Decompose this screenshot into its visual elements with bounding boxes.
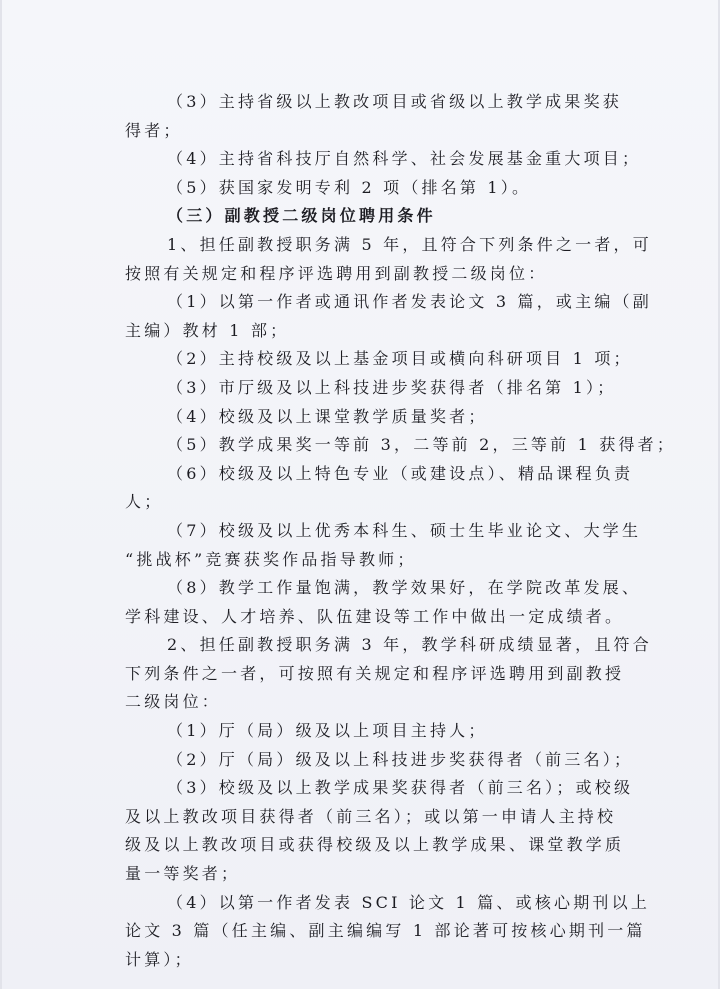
text-line: “挑战杯”竞赛获奖作品指导教师；	[125, 546, 611, 575]
text-line: 下列条件之一者，可按照有关规定和程序评选聘用到副教授	[125, 660, 611, 689]
text-line: 2、担任副教授职务满 3 年，教学科研成绩显著，且符合	[125, 631, 611, 660]
scanned-page: （3）主持省级以上教改项目或省级以上教学成果奖获 得者； （4）主持省科技厅自然…	[0, 0, 720, 989]
text-line: 主编）教材 1 部；	[125, 317, 611, 346]
text-line: （4）以第一作者发表 SCI 论文 1 篇、或核心期刊以上	[125, 889, 611, 918]
text-line: （2）厅（局）级及以上科技进步奖获得者（前三名）；	[125, 746, 611, 775]
document-body: （3）主持省级以上教改项目或省级以上教学成果奖获 得者； （4）主持省科技厅自然…	[125, 88, 611, 974]
text-line: 1、担任副教授职务满 5 年，且符合下列条件之一者，可	[125, 231, 611, 260]
text-line: （1）厅（局）级及以上项目主持人；	[125, 717, 611, 746]
text-line: （3）市厅级及以上科技进步奖获得者（排名第 1）；	[125, 374, 611, 403]
text-line: 论文 3 篇（任主编、副主编编写 1 部论著可按核心期刊一篇	[125, 917, 611, 946]
text-line: 二级岗位：	[125, 688, 611, 717]
text-line: 计算）；	[125, 946, 611, 975]
text-line: 人；	[125, 488, 611, 517]
text-line: 学科建设、人才培养、队伍建设等工作中做出一定成绩者。	[125, 603, 611, 632]
text-line: （5）教学成果奖一等前 3，二等前 2，三等前 1 获得者；	[125, 431, 611, 460]
text-line: （7）校级及以上优秀本科生、硕士生毕业论文、大学生	[125, 517, 611, 546]
text-line: 得者；	[125, 117, 611, 146]
text-line: （4）主持省科技厅自然科学、社会发展基金重大项目；	[125, 145, 611, 174]
text-line: （5）获国家发明专利 2 项（排名第 1）。	[125, 174, 611, 203]
text-line: （8）教学工作量饱满，教学效果好，在学院改革发展、	[125, 574, 611, 603]
section-heading: （三）副教授二级岗位聘用条件	[125, 202, 611, 231]
text-line: 级及以上教改项目或获得校级及以上教学成果、课堂教学质	[125, 831, 611, 860]
text-line: 量一等奖者；	[125, 860, 611, 889]
text-line: （3）校级及以上教学成果奖获得者（前三名）；或校级	[125, 774, 611, 803]
text-line: 及以上教改项目获得者（前三名）；或以第一申请人主持校	[125, 803, 611, 832]
text-line: （1）以第一作者或通讯作者发表论文 3 篇，或主编（副	[125, 288, 611, 317]
text-line: （4）校级及以上课堂教学质量奖者；	[125, 403, 611, 432]
text-line: 按照有关规定和程序评选聘用到副教授二级岗位：	[125, 260, 611, 289]
text-line: （3）主持省级以上教改项目或省级以上教学成果奖获	[125, 88, 611, 117]
text-line: （6）校级及以上特色专业（或建设点）、精品课程负责	[125, 460, 611, 489]
text-line: （2）主持校级及以上基金项目或横向科研项目 1 项；	[125, 345, 611, 374]
